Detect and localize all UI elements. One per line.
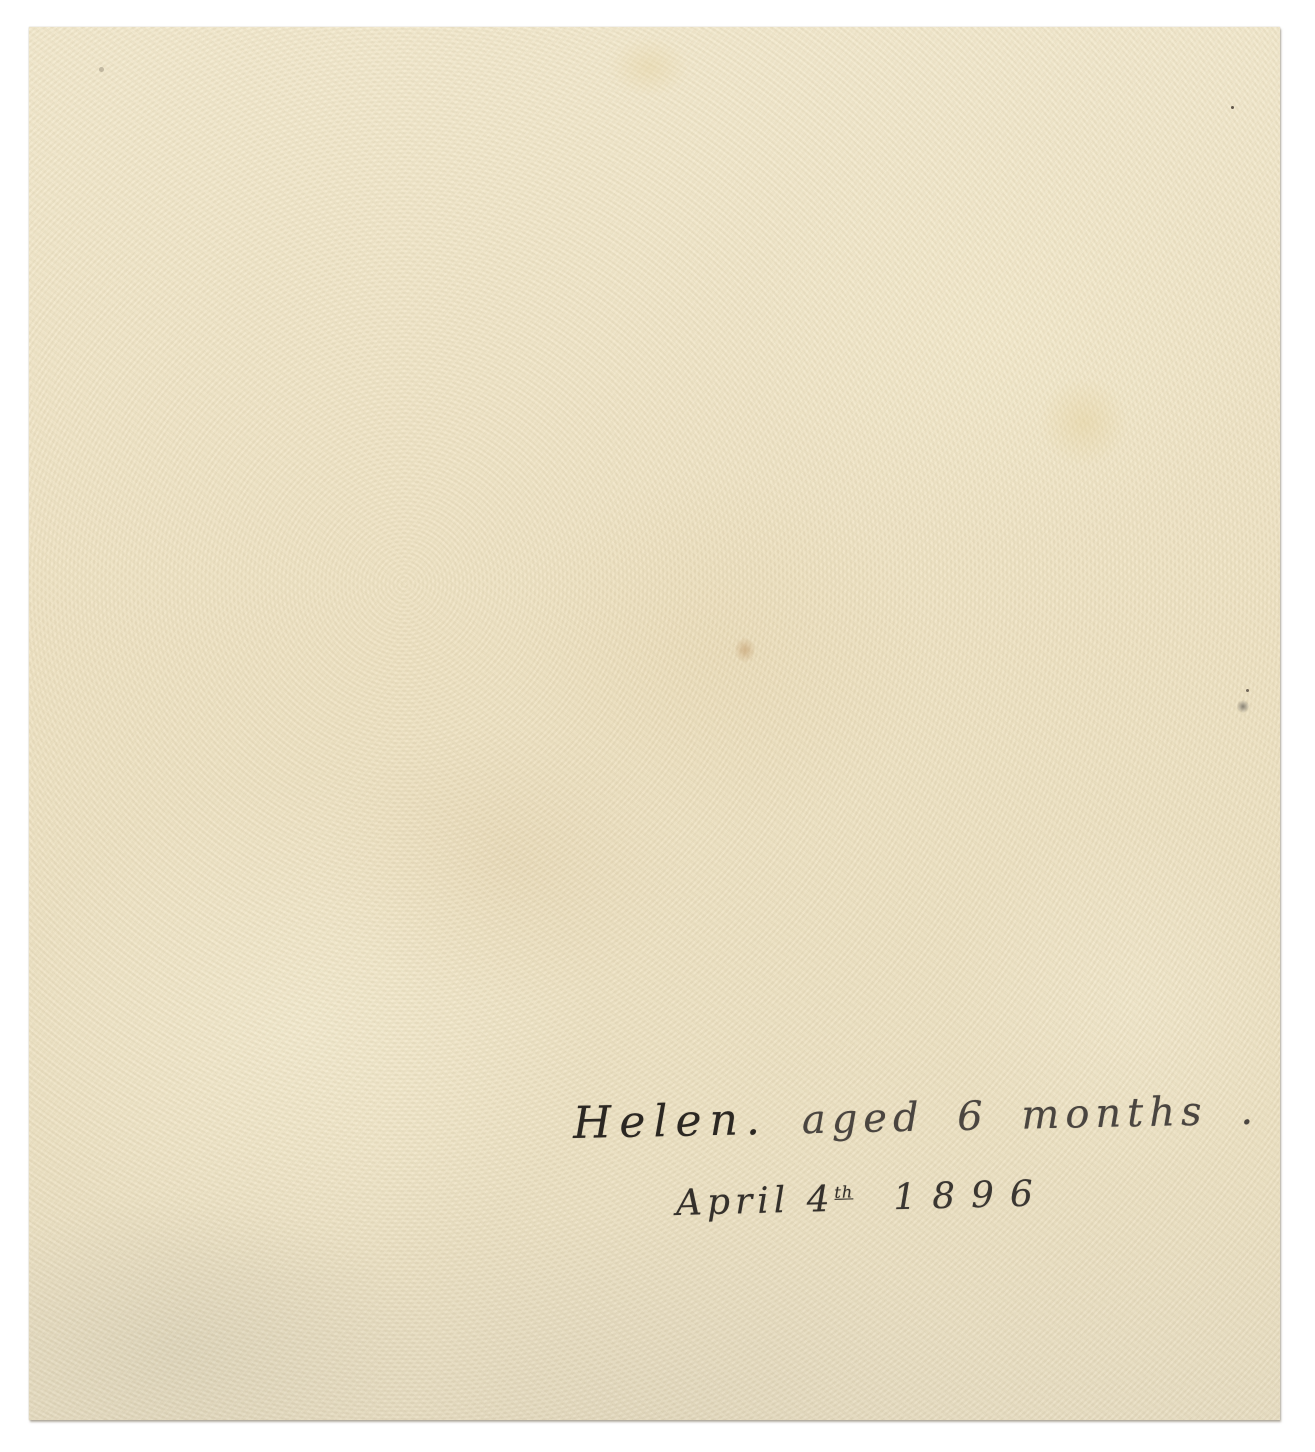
speck	[99, 67, 104, 72]
speck	[1246, 689, 1249, 692]
ink-spot	[1237, 700, 1249, 713]
paper-card	[29, 27, 1280, 1420]
handwritten-age: aged 6 months .	[801, 1088, 1259, 1144]
speck	[1231, 106, 1234, 109]
handwritten-date: April 4	[675, 1179, 835, 1224]
foxing-spot	[734, 637, 756, 663]
handwritten-ordinal: th	[834, 1182, 853, 1201]
handwritten-name: Helen.	[572, 1094, 768, 1149]
handwritten-year: 1896	[893, 1173, 1050, 1218]
water-stain-top	[609, 37, 689, 97]
water-stain	[1039, 377, 1129, 467]
